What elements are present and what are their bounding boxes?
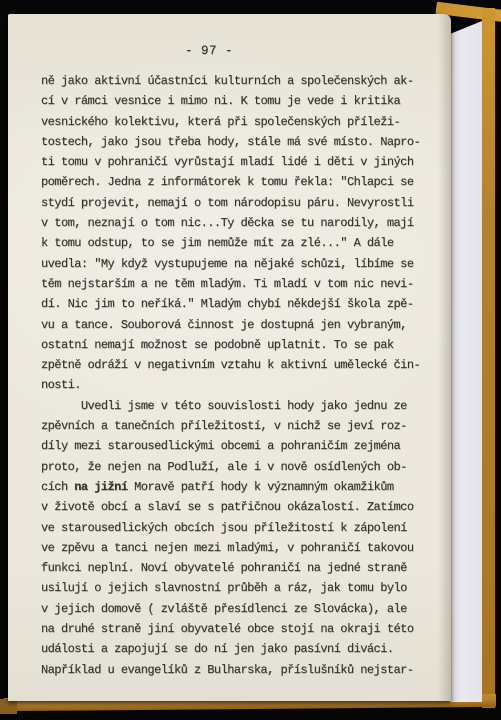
text-line: k tomu odstup, to se jim nemůže mít za z…: [41, 233, 441, 253]
page-fold-shadow: [438, 14, 451, 701]
text-line: tostech, jako jsou třeba hody, stále má …: [41, 132, 441, 152]
underlying-page-edge: [450, 16, 482, 702]
book-cover-corner-bottom-left: [0, 699, 17, 714]
text-line: díly mezi starousedlickými obcemi a pohr…: [41, 436, 441, 456]
text-line: vesnického kolektivu, která při společen…: [41, 112, 441, 132]
emphasized-text: na jižní: [74, 480, 127, 494]
text-line: zpětně odráží v negativním vztahu k akti…: [41, 355, 441, 375]
text-line: ti tomu v pohraničí vyrůstají mladí lidé…: [41, 152, 441, 172]
text-line: Například u evangelíků z Bulharska, přís…: [41, 660, 441, 680]
book-cover-edge-right: [482, 8, 495, 708]
page-number: - 97 -: [185, 44, 233, 58]
text-line: události a zapojují se do ní jen jako pa…: [41, 639, 441, 659]
text-line: zpěvních a tanečních příležitostí, v nic…: [41, 416, 441, 436]
text-line: dí. Nic jim to neříká." Mladým chybí něk…: [41, 294, 441, 314]
book-photo: - 97 - ně jako aktivní účastníci kulturn…: [0, 0, 501, 720]
scanned-page: - 97 - ně jako aktivní účastníci kulturn…: [8, 14, 451, 701]
text-line: ostatní nemají možnost se podobně uplatn…: [41, 335, 441, 355]
text-line: těm nejstarším a ne těm mladým. Ti mladí…: [41, 274, 441, 294]
text-line: v životě obcí a slaví se s patřičnou oká…: [41, 497, 441, 517]
text-line: na druhé straně jiní obyvatelé obce stoj…: [41, 619, 441, 639]
text-line: Uvedli jsme v této souvislosti hody jako…: [41, 396, 441, 416]
text-segment: Moravě patří hody k významným okamžikům: [127, 480, 393, 494]
text-line: poměrech. Jedna z informátorek k tomu ře…: [41, 172, 441, 192]
text-line: vu a tance. Souborová činnost je dostupn…: [41, 315, 441, 335]
text-line: ve starousedlických obcích jsou příležit…: [41, 518, 441, 538]
text-segment: cích: [41, 480, 74, 494]
text-line: ve zpěvu a tanci nejen mezi mladými, v p…: [41, 538, 441, 558]
text-line: funkci neplní. Noví obyvatelé pohraničí …: [41, 558, 441, 578]
text-line: uvedla: "My když vystupujeme na nějaké s…: [41, 254, 441, 274]
text-line: cí v rámci vesnice i mimo ni. K tomu je …: [41, 91, 441, 111]
text-line: proto, že nejen na Podluží, ale i v nově…: [41, 457, 441, 477]
text-line: v tom, neznají o tom nic...Ty děcka se t…: [41, 213, 441, 233]
text-line: ně jako aktivní účastníci kulturních a s…: [41, 71, 441, 91]
text-line: usilují o jejich slavnostní průběh a ráz…: [41, 578, 441, 598]
text-line: v jejich domově ( zvláště přesídlenci ze…: [41, 599, 441, 619]
text-line: stydí projevit, nemají o tom národopisu …: [41, 193, 441, 213]
text-line: nosti.: [41, 375, 441, 395]
text-line: cích na jižní Moravě patří hody k význam…: [41, 477, 441, 497]
page-text: ně jako aktivní účastníci kulturních a s…: [41, 71, 441, 680]
